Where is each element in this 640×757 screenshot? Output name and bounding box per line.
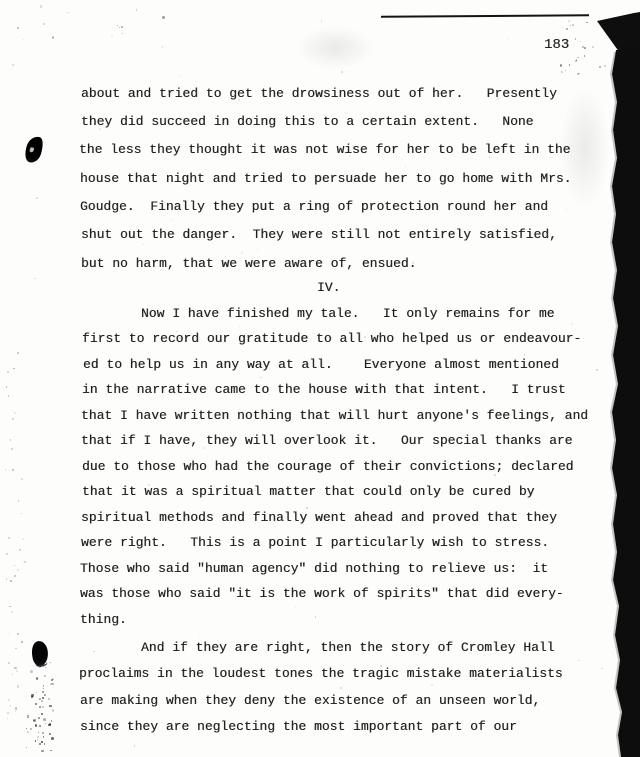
scanned-page: 183 about and tried to get the drowsines… — [0, 0, 640, 757]
scanner-edge-shadow — [0, 0, 640, 757]
